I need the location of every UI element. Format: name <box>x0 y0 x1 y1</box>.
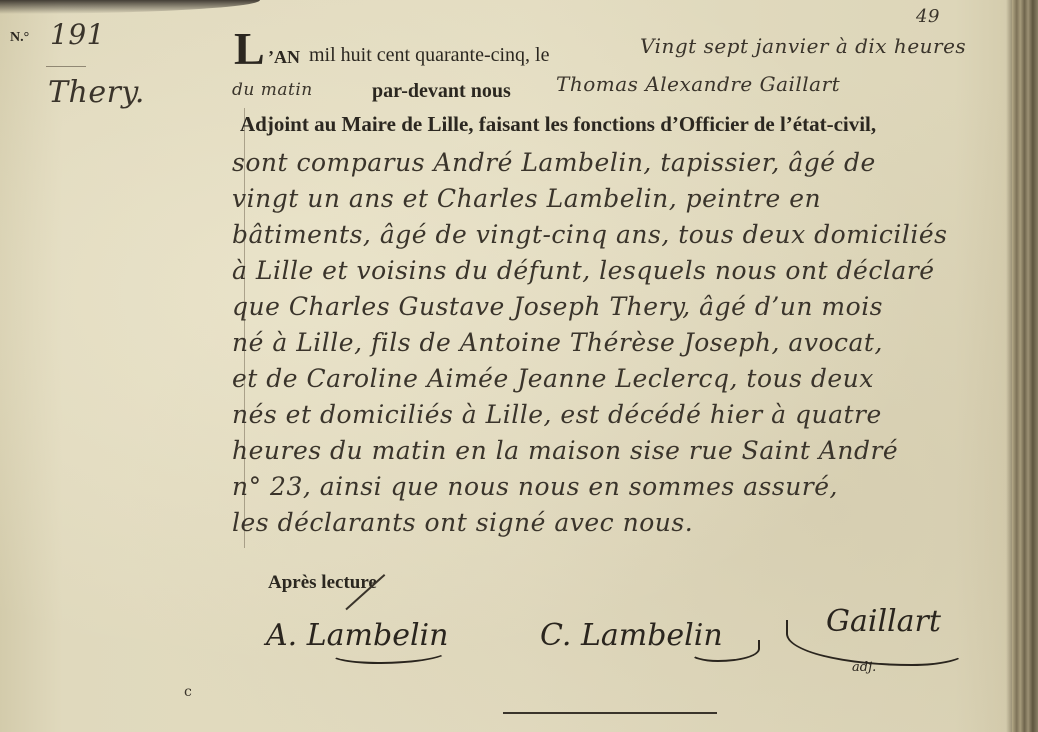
header-line3-printed: Adjoint au Maire de Lille, faisant les f… <box>240 112 876 137</box>
body-line: bâtiments, âgé de vingt-cinq ans, tous d… <box>232 220 948 249</box>
page-number: 49 <box>916 6 940 27</box>
apres-lecture: Après lecture <box>268 572 377 594</box>
body-line: vingt un ans et Charles Lambelin, peintr… <box>232 184 821 213</box>
closing-rule <box>503 712 717 714</box>
officer-name: Thomas Alexandre Gaillart <box>556 72 840 96</box>
body-line: que Charles Gustave Joseph Thery, âgé d’… <box>232 292 883 321</box>
body-line: et de Caroline Aimée Jeanne Leclercq, to… <box>232 364 874 393</box>
header-line2-time: du matin <box>232 80 313 100</box>
body-line: les déclarants ont signé avec nous. <box>232 508 693 537</box>
register-page: N.° 191 Thery. 49 L ’AN mil huit cent qu… <box>0 0 1038 732</box>
book-binding <box>1012 0 1038 732</box>
body-line: sont comparus André Lambelin, tapissier,… <box>232 148 876 177</box>
signature-flourish <box>690 640 760 662</box>
margin-divider <box>46 66 86 67</box>
body-line: à Lille et voisins du défunt, lesquels n… <box>232 256 935 285</box>
margin-deceased-name: Thery. <box>48 75 145 110</box>
ink-mark: c <box>184 684 192 700</box>
header-line1-date: Vingt sept janvier à dix heures <box>640 34 966 58</box>
body-line: né à Lille, fils de Antoine Thérèse Jose… <box>232 328 883 357</box>
body-line: heures du matin en la maison sise rue Sa… <box>232 436 898 465</box>
header-line2-printed: par-devant nous <box>372 80 511 103</box>
body-line: n° 23, ainsi que nous nous en sommes ass… <box>232 472 838 501</box>
header-line1-printed: mil huit cent quarante-cinq, le <box>309 44 549 67</box>
register-number: 191 <box>50 18 105 51</box>
register-number-label: N.° <box>10 30 29 46</box>
header-caps: ’AN <box>268 47 300 68</box>
signature-flourish <box>330 640 450 664</box>
page-curl-shadow <box>0 0 260 14</box>
body-line: nés et domiciliés à Lille, est décédé hi… <box>232 400 882 429</box>
drop-cap: L <box>234 26 265 72</box>
signature-officer-title: adj. <box>852 660 876 675</box>
